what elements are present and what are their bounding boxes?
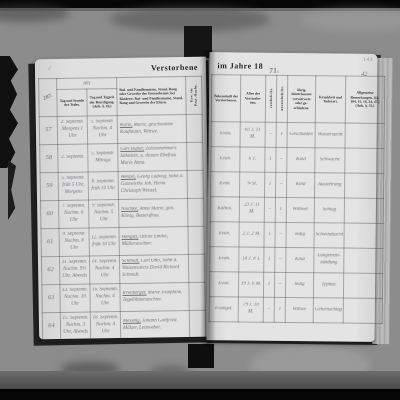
register-row: Kathol. 23 J. 11 M. – 1 Wittwer Schlag: [210, 197, 383, 224]
book-gutter-shadow: [200, 50, 216, 346]
bottom-gray-band: [0, 371, 400, 389]
background-blotch: [300, 8, 400, 32]
cell-survivors: Kind: [286, 247, 314, 272]
register-row: 64 15. Septemb. Nachm. 3 Uhr, Abends 18.…: [42, 310, 205, 341]
register-row: 59 5. Septemb. früh 5 Uhr, Morgens 8. Se…: [40, 170, 203, 201]
cell-entry-number: 64: [42, 312, 60, 340]
cell-remarks: [344, 248, 383, 273]
cell-entry-number: 63: [42, 284, 60, 312]
cell-name: Hengstl, Ottilie Emilie, Müllerstochter.: [119, 226, 188, 255]
cell-unmarried-mark: –: [274, 272, 285, 297]
cell-death-date: 2. Septemb.: [58, 144, 88, 172]
cell-married-mark: 1: [263, 272, 274, 297]
cell-burial-date: 18. Septemb. Nachm. 4 Uhr: [90, 312, 120, 340]
cell-married-mark: 1: [264, 172, 275, 197]
cell-survivors: Wittwer: [286, 197, 314, 222]
cell-married-mark: 1: [265, 147, 276, 172]
cell-burial-date: 9. Septemb. Nachm. 5 Uhr: [89, 200, 119, 228]
corner-number: 287.: [42, 93, 54, 103]
cell-illness: Schwäche: [315, 148, 345, 173]
cell-married-mark: –: [265, 122, 276, 147]
right-page: im Jahre 1871. 143 42 Bekenntniß des Ver…: [206, 52, 377, 342]
cell-survivors: ledig: [285, 272, 313, 297]
column-header-illness: Krankheit und Todesart.: [315, 76, 345, 123]
cell-age: 2 J. 2 M.: [239, 222, 264, 247]
column-header-unmarried: unverehelicht.: [276, 75, 287, 122]
cell-age: 79 J. 10 M.: [238, 297, 263, 322]
cell-death-date: 13. Septemb. Nachm. 10 Uhr: [60, 284, 90, 312]
cell-unmarried-mark: –: [275, 247, 286, 272]
book-spine-bottom: [188, 344, 214, 368]
page-title-year: im Jahre 1871.: [217, 61, 263, 70]
cell-illness: Lungenent- zündung: [314, 248, 344, 273]
cell-unmarried-mark: 1: [276, 122, 287, 147]
cell-survivors: ledig: [286, 222, 314, 247]
cell-death-date: 9. Septemb. Nachm. 8 Uhr: [59, 228, 89, 256]
cell-illness: Wassersucht: [315, 123, 345, 148]
cell-entry-number: 60: [41, 201, 59, 229]
cell-married-mark: –: [264, 197, 275, 222]
register-row: Evangel. 79 J. 10 M. – 1 Wittwe Gehirnsc…: [209, 297, 382, 324]
cell-entry-number: 61: [41, 229, 59, 257]
cell-unmarried-mark: –: [275, 222, 286, 247]
column-header-married: verehelicht.: [265, 75, 276, 122]
bottom-black-bar: [0, 389, 400, 400]
cell-survivors: Wittwe: [285, 297, 313, 322]
cell-unmarried-mark: 1: [274, 297, 285, 322]
register-row: Evan. 19 J. 6 M. 1 – ledig Typhus: [209, 272, 382, 299]
cell-age: 63 J. 11 M.: [240, 122, 265, 147]
cell-burial-date: 14. Septemb. Nachm. 4 Uhr: [89, 256, 119, 284]
torn-page-edges: [8, 160, 16, 220]
cell-name: Karle, Marie, geschiedene Kaufmann, Witt…: [117, 114, 186, 143]
column-header-survivors: übrig. hinterlassene verwittwete oder ge…: [287, 75, 315, 122]
cell-survivors: Kind: [287, 147, 315, 172]
cell-illness: Gehirnschlag: [313, 298, 343, 323]
cell-remarks: [344, 198, 383, 223]
register-row: 60 7. Septemb. Nachm. 6 Uhr 9. Septemb. …: [41, 198, 204, 229]
register-row: Evan. 6 T. 1 – Kind Schwäche: [211, 147, 384, 174]
register-row: 62 11. Septemb. Nachm. 9½ Uhr, Abends 14…: [41, 254, 204, 285]
cell-survivors: Kind: [286, 172, 314, 197]
page-title-verstorbene: Verstorbene: [151, 63, 198, 73]
cell-remarks: [345, 148, 384, 173]
left-rows: 57 2. Septemb. Morgens 1 Uhr 5. Septemb.…: [39, 114, 205, 341]
column-header-remarks: Allgemeine Bemerkungen. (§§. 104, 15, 16…: [345, 76, 384, 123]
death-register-table-right: Bekenntniß des Verstorbenen. Alter des V…: [209, 74, 386, 324]
column-header-age: Alter des Verstorbe- nen.: [240, 75, 265, 122]
cell-death-date: 15. Septemb. Nachm. 3 Uhr, Abends: [60, 312, 90, 340]
check-mark: ✓: [46, 65, 52, 73]
cell-remarks: [344, 223, 383, 248]
cell-unmarried-mark: 1: [275, 197, 286, 222]
background-blotch: [0, 4, 70, 22]
cell-death-date: 7. Septemb. Nachm. 6 Uhr: [59, 200, 89, 228]
torn-page-edges: [0, 56, 18, 168]
cell-unmarried-mark: –: [276, 147, 287, 172]
cell-burial-date: 12. Septemb. früh 10 Uhr: [89, 228, 119, 256]
right-rows: Evan. 63 J. 11 M. – 1 Geschieden Wassers…: [209, 122, 384, 324]
cell-remarks: [343, 298, 382, 323]
cell-survivors: Geschieden: [287, 122, 315, 147]
cell-burial-date: 8. Septemb. früh 10 Uhr: [88, 172, 118, 200]
cell-name: Irrenberger, Marie Josephine, Tagelöhner…: [120, 282, 189, 311]
register-row: Evan. ¾ St. 1 – Kind Auszehrung: [210, 172, 383, 199]
cell-entry-number: 59: [40, 173, 58, 201]
cell-remarks: [345, 123, 384, 148]
cell-married-mark: 1: [264, 222, 275, 247]
archive-stamp: 143: [363, 58, 374, 63]
cell-name: Schmidt, Carl Otto, Sohn d. Waisenvaters…: [119, 254, 188, 283]
cell-burial-date: 16. Septemb. Nachm. 4 Uhr: [90, 284, 120, 312]
register-row: Evan. 63 J. 11 M. – 1 Geschieden Wassers…: [211, 122, 384, 149]
column-header-name: Ruf- und Familienname, Stand, Rang oder …: [117, 76, 187, 115]
cell-married-mark: –: [263, 297, 274, 322]
column-header-death: Tag und Stunde des Todes.: [57, 89, 87, 116]
register-row: 57 2. Septemb. Morgens 1 Uhr 5. Septemb.…: [39, 114, 202, 145]
column-header-burial: Tag und Tagzeit der Beerdigung. (Anh. §.…: [87, 89, 117, 116]
cell-entry-number: 58: [40, 145, 58, 173]
cell-unmarried-mark: –: [275, 172, 286, 197]
cell-illness: Schwindsucht: [314, 223, 344, 248]
cell-death-date: 2. Septemb. Morgens 1 Uhr: [57, 116, 87, 144]
cell-name: Wenzel, Georg Ludwig, Sohn d. Gastwirths…: [118, 170, 187, 199]
cell-illness: Typhus: [313, 273, 343, 298]
scanned-register-photo: ✓ Verstorbene 287. 1871 Ruf- und Familie…: [0, 0, 400, 400]
cell-age: 14 J. 8 T.: [239, 247, 264, 272]
death-register-table-left: 287. 1871 Ruf- und Familienname, Stand, …: [38, 76, 206, 342]
cell-age: 23 J. 11 M.: [239, 197, 264, 222]
cell-death-date: 5. Septemb. früh 5 Uhr, Morgens: [58, 172, 88, 200]
register-row: Evan. 14 J. 8 T. 1 – Kind Lungenent- zün…: [210, 247, 383, 274]
cell-name: Nischke, Anna Marie, geb. König, Bauersf…: [119, 198, 188, 227]
cell-name: Carl Huber, Zolleinnehmers Söhnlein, u. …: [118, 142, 187, 171]
cell-age: 6 T.: [240, 147, 265, 172]
cell-entry-number: 62: [41, 256, 59, 284]
cell-married-mark: 1: [264, 247, 275, 272]
cell-remarks: [343, 273, 382, 298]
column-header-number: 287.: [39, 79, 58, 117]
register-row: Evan. 2 J. 2 M. 1 – ledig Schwindsucht: [210, 222, 383, 249]
register-row: 58 2. Septemb. 5. Septemb. Mittags Carl …: [40, 142, 203, 173]
register-row: 61 9. Septemb. Nachm. 8 Uhr 12. Septemb.…: [41, 226, 204, 257]
cell-entry-number: 57: [39, 117, 57, 145]
cell-burial-date: 5. Septemb. Nachm. 4 Uhr: [87, 116, 117, 144]
cell-burial-date: 5. Septemb. Mittags: [88, 144, 118, 172]
cell-name: Messing, Johann Gottfried, Mälzer, Leinw…: [120, 310, 189, 339]
register-row: 63 13. Septemb. Nachm. 10 Uhr 16. Septem…: [42, 282, 205, 313]
cell-age: 19 J. 6 M.: [238, 272, 263, 297]
cell-illness: Schlag: [314, 198, 344, 223]
cell-illness: Auszehrung: [314, 173, 344, 198]
year-handwritten: 1871: [83, 81, 90, 85]
cell-death-date: 11. Septemb. Nachm. 9½ Uhr, Abends: [59, 256, 89, 284]
left-page: ✓ Verstorbene 287. 1871 Ruf- und Familie…: [35, 57, 210, 340]
cell-age: ¾ St.: [239, 172, 264, 197]
cell-remarks: [344, 173, 383, 198]
